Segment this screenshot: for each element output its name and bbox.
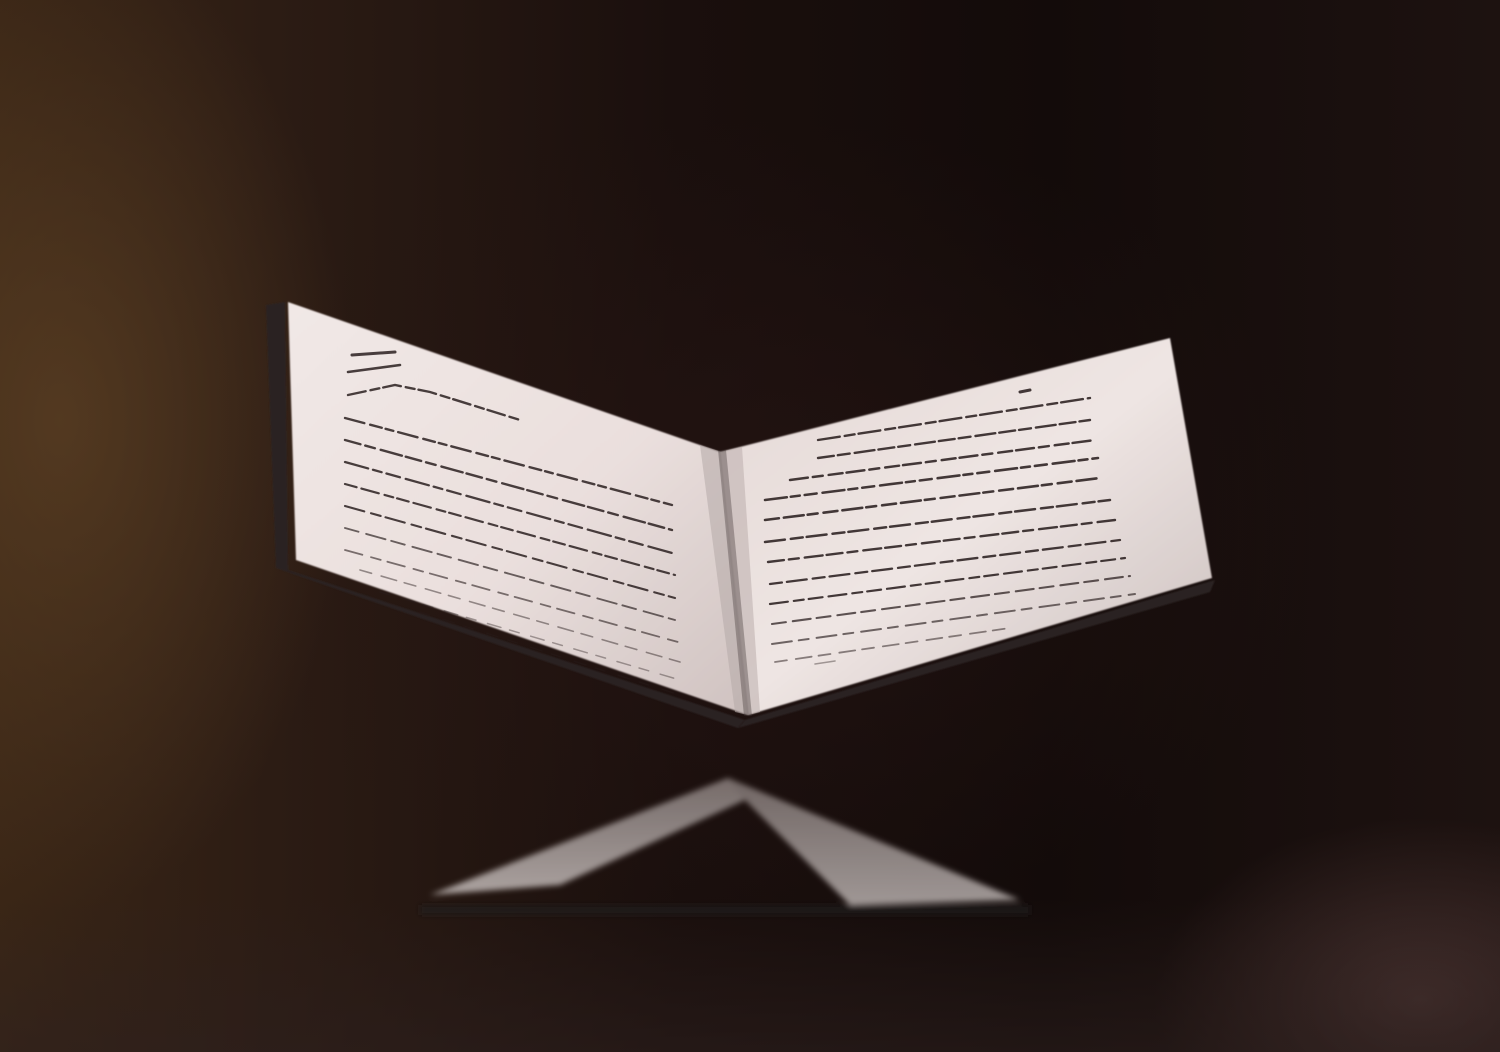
book-reflection [420, 778, 1030, 915]
manuscript-book [0, 0, 1500, 1052]
photo-scene: open handwritten Arabic manuscript on di… [0, 0, 1500, 1052]
